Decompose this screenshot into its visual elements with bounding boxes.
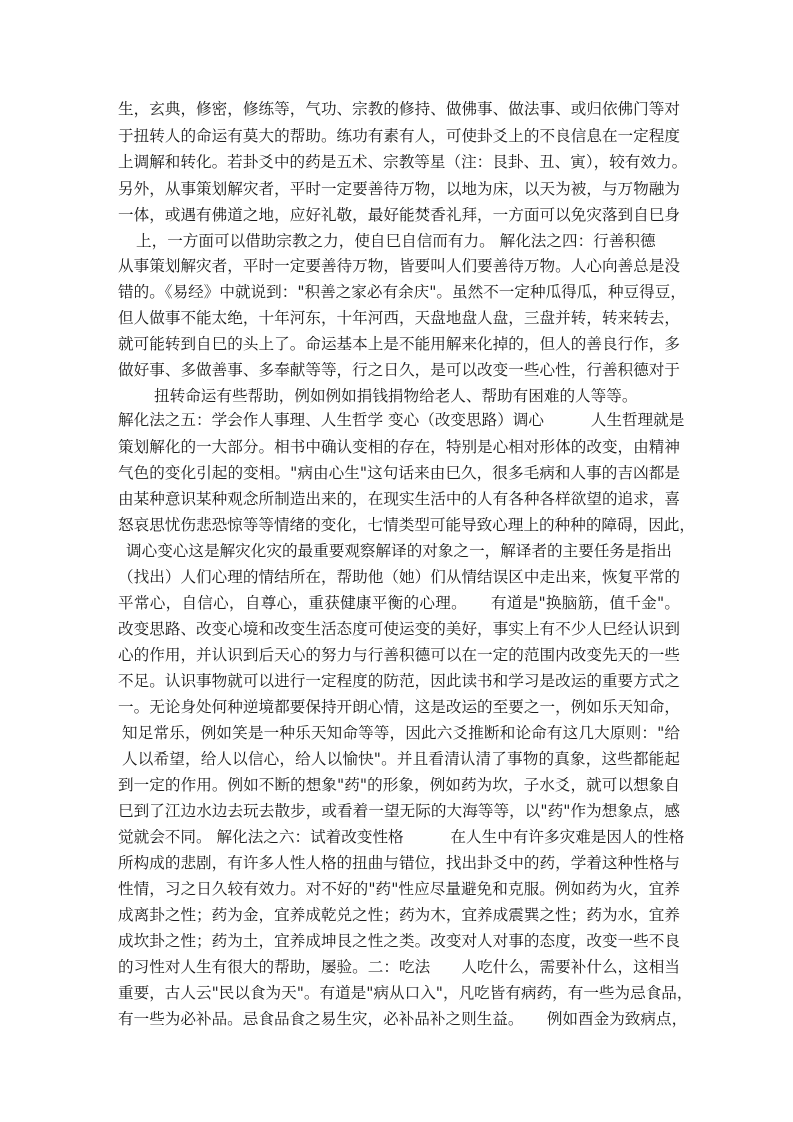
text-line: 另外，从事策划解灾者，平时一定要善待万物，以地为床，以天为被，与万物融为 (118, 179, 680, 199)
text-line: 有一些为必补品。忌食品食之易生灾，必补品补之则生益。 例如酉金为致病点， (118, 1009, 680, 1029)
text-line: 人以希望，给人以信心，给人以愉快"。并且看清认清了事物的真象，这些都能起 (122, 749, 680, 769)
text-line: 解化法之五：学会作人事理、人生哲学 变心（改变思路）调心 人生哲理就是 (118, 410, 680, 430)
text-line: 觉就会不同。 解化法之六：试着改变性格 在人生中有许多灾难是因人的性格 (118, 827, 680, 847)
text-line: 成离卦之性；药为金，宜养成乾兑之性；药为木，宜养成震巽之性；药为水，宜养 (118, 905, 680, 925)
text-line: 性情，习之日久较有效力。对不好的"药"性应尽量避免和克服。例如药为火，宜养 (118, 879, 680, 899)
text-line: 一体，或遇有佛道之地，应好礼敬，最好能焚香礼拜，一方面可以免灾落到自巳身 (118, 205, 680, 225)
text-line: 上调解和转化。若卦爻中的药是五术、宗教等星（注：艮卦、丑、寅），较有效力。 (118, 152, 680, 172)
text-line: 巳到了江边水边去玩去散步，或看着一望无际的大海等等，以"药"作为想象点，感 (118, 801, 680, 821)
text-line: 气色的变化引起的变相。"病由心生"这句话来由巳久，很多毛病和人事的吉凶都是 (118, 463, 680, 483)
text-line: 由某种意识某种观念所制造出来的，在现实生活中的人有各种各样欲望的追求，喜 (118, 489, 680, 509)
text-line: 到一定的作用。例如不断的想象"药"的形象，例如药为坎，子水爻，就可以想象自 (118, 775, 680, 795)
text-line: 做好事、多做善事、多奉献等等，行之日久，是可以改变一些心性，行善积德对于 (118, 360, 680, 380)
text-line: 但人做事不能太绝，十年河东，十年河西，天盘地盘人盘，三盘并转，转来转去， (118, 308, 680, 328)
text-line: 成坎卦之性；药为土，宜养成坤艮之性之类。改变对人对事的态度，改变一些不良 (118, 931, 680, 951)
text-line: 于扭转人的命运有莫大的帮助。练功有素有人，可使卦爻上的不良信息在一定程度 (118, 126, 680, 146)
document-page: 生，玄典，修密，修练等，气功、宗教的修持、做佛事、做法事、或归依佛门等对于扭转人… (0, 0, 793, 1122)
text-line: 一。无论身处何种逆境都要保持开朗心情，这是改运的至要之一，例如乐天知命， (118, 697, 680, 717)
text-line: 心的作用，并认识到后天心的努力与行善积德可以在一定的范围内改变先天的一些 (118, 645, 680, 665)
text-line: 从事策划解灾者，平时一定要善待万物，皆要叫人们要善待万物。人心向善总是没 (118, 256, 680, 276)
text-line: 平常心，自信心，自尊心，重获健康平衡的心理。 有道是"换脑筋，值千金"。 (118, 593, 680, 613)
text-line: 扭转命运有些帮助，例如例如捐钱捐物给老人、帮助有困难的人等等。 (154, 386, 680, 406)
text-line: 生，玄典，修密，修练等，气功、宗教的修持、做佛事、做法事、或归依佛门等对 (118, 99, 680, 119)
text-line: 调心变心这是解灾化灾的最重要观察解译的对象之一，解译者的主要任务是指出 (126, 541, 680, 561)
text-line: 知足常乐，例如笑是一种乐天知命等等，因此六爻推断和论命有这几大原则："给 (122, 723, 680, 743)
text-line: 策划解化的一大部分。相书中确认变相的存在，特别是心相对形体的改变，由精神 (118, 437, 680, 457)
text-line: 错的。《易经》中就说到："积善之家必有余庆"。虽然不一定种瓜得瓜，种豆得豆， (118, 282, 680, 302)
text-line: 改变思路、改变心境和改变生活态度可使运变的美好，事实上有不少人巳经认识到 (118, 619, 680, 639)
text-line: 的习性对人生有很大的帮助，屡验。二：吃法 人吃什么，需要补什么，这相当 (118, 957, 680, 977)
text-line: 重要，古人云"民以食为天"。有道是"病从口入"，凡吃皆有病药，有一些为忌食品， (118, 983, 680, 1003)
text-line: （找出）人们心理的情结所在，帮助他（她）们从情结误区中走出来，恢复平常的 (118, 567, 680, 587)
text-line: 怒哀思忧伤悲恐惊等等情绪的变化，七情类型可能导致心理上的种种的障碍，因此， (118, 515, 680, 535)
text-line: 所构成的悲剧，有许多人性人格的扭曲与错位，找出卦爻中的药，学着这种性格与 (118, 853, 680, 873)
text-line: 上，一方面可以借助宗教之力，使自巳自信而有力。 解化法之四：行善积德 (136, 231, 680, 251)
text-line: 就可能转到自巳的头上了。命运基本上是不能用解来化掉的，但人的善良行作，多 (118, 334, 680, 354)
text-line: 不足。认识事物就可以进行一定程度的防范，因此读书和学习是改运的重要方式之 (118, 671, 680, 691)
